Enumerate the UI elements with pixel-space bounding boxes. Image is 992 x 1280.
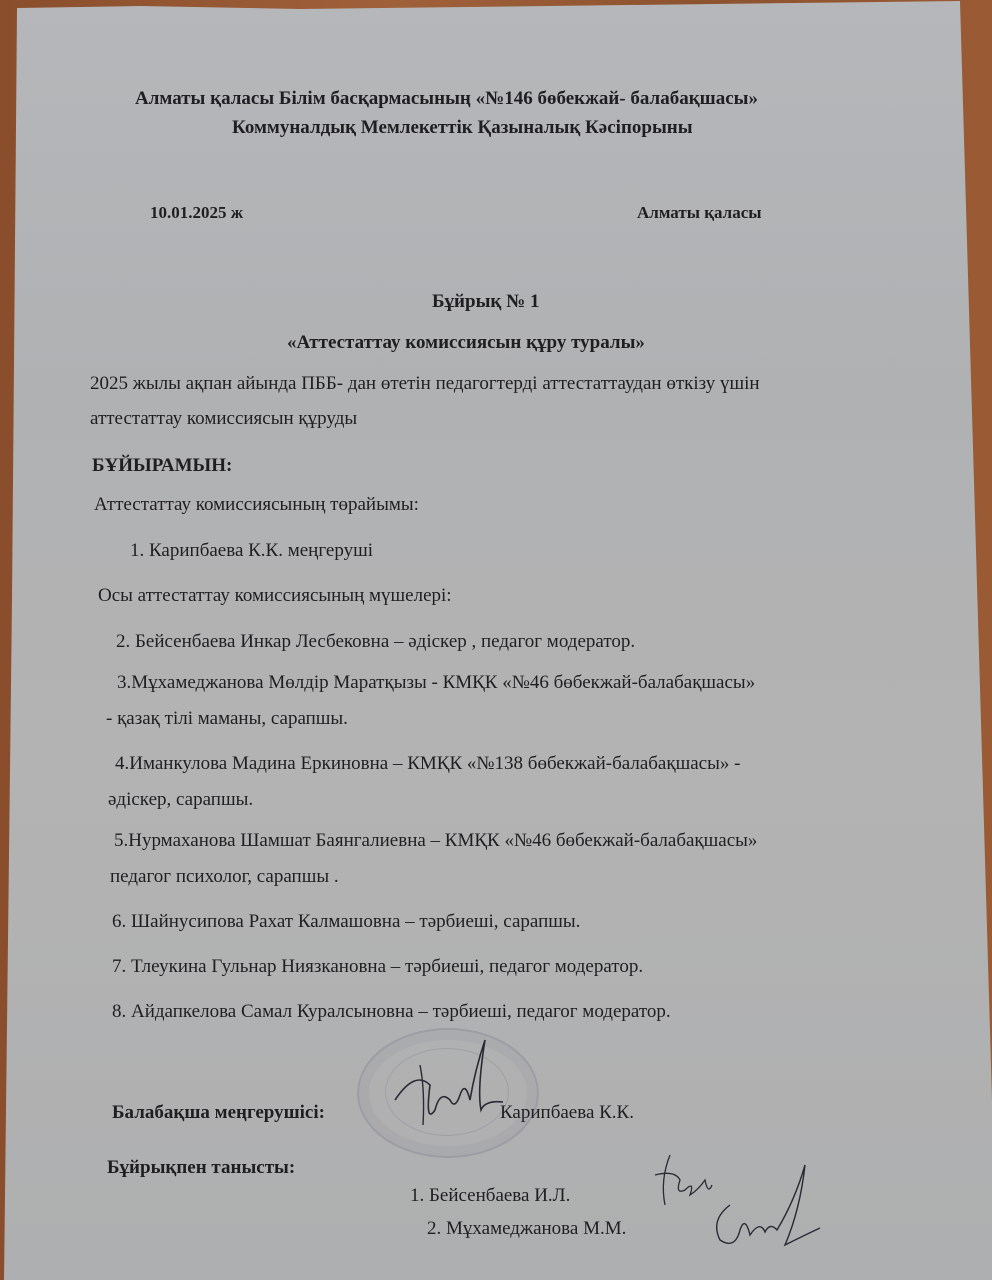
order-city: Алматы қаласы <box>637 202 762 224</box>
chair-item: 1. Карипбаева К.К. меңгеруші <box>130 540 373 562</box>
head-signature-label: Балабақша меңгерушісі: <box>112 1102 325 1124</box>
acknowledged-person: 1. Бейсенбаева И.Л. <box>410 1185 570 1207</box>
member-item: 6. Шайнусипова Рахат Калмашовна – тәрбие… <box>112 911 580 933</box>
member-item: 8. Айдапкелова Самал Куралсыновна – тәрб… <box>112 1001 671 1023</box>
member-item: 2. Бейсенбаева Инкар Лесбековна – әдіске… <box>116 631 635 653</box>
head-signature-scribble <box>385 1030 505 1140</box>
order-date: 10.01.2025 ж <box>150 202 243 224</box>
member-item: 3.Мұхамеджанова Мөлдір Маратқызы - КМҚК … <box>117 672 755 694</box>
header-line-2: Коммуналдық Мемлекеттік Қазыналық Кәсіпо… <box>232 117 693 139</box>
member-item: 5.Нурмаханова Шамшат Баянгалиевна – КМҚК… <box>114 830 757 852</box>
order-title: Бұйрық № 1 <box>432 291 539 313</box>
header-line-1: Алматы қаласы Білім басқармасының «№146 … <box>135 88 758 110</box>
document-paper: Алматы қаласы Білім басқармасының «№146 … <box>0 0 992 1280</box>
acknowledged-person: 2. Мұхамеджанова М.М. <box>427 1218 626 1240</box>
preamble-line-2: аттестаттау комиссиясын құруды <box>90 408 357 430</box>
head-name: Карипбаева К.К. <box>500 1102 634 1124</box>
member-item-continued: педагог психолог, сарапшы . <box>110 866 339 888</box>
member-item-continued: әдіскер, сарапшы. <box>108 789 253 811</box>
member-item: 4.Иманкулова Мадина Еркиновна – КМҚК «№1… <box>115 753 740 775</box>
acknowledged-label: Бұйрықпен танысты: <box>107 1157 295 1179</box>
member-item-continued: - қазақ тілі маманы, сарапшы. <box>106 708 348 730</box>
signature-scribble-2 <box>705 1160 825 1255</box>
member-item: 7. Тлеукина Гульнар Ниязкановна – тәрбие… <box>112 956 643 978</box>
members-heading: Осы аттестаттау комиссиясының мүшелері: <box>98 585 452 607</box>
order-word: БҰЙЫРАМЫН: <box>92 455 232 477</box>
preamble-line-1: 2025 жылы ақпан айында ПББ- дан өтетін п… <box>90 373 760 395</box>
order-subject: «Аттестаттау комиссиясын құру туралы» <box>287 332 645 354</box>
chair-heading: Аттестаттау комиссиясының төрайымы: <box>94 494 419 516</box>
